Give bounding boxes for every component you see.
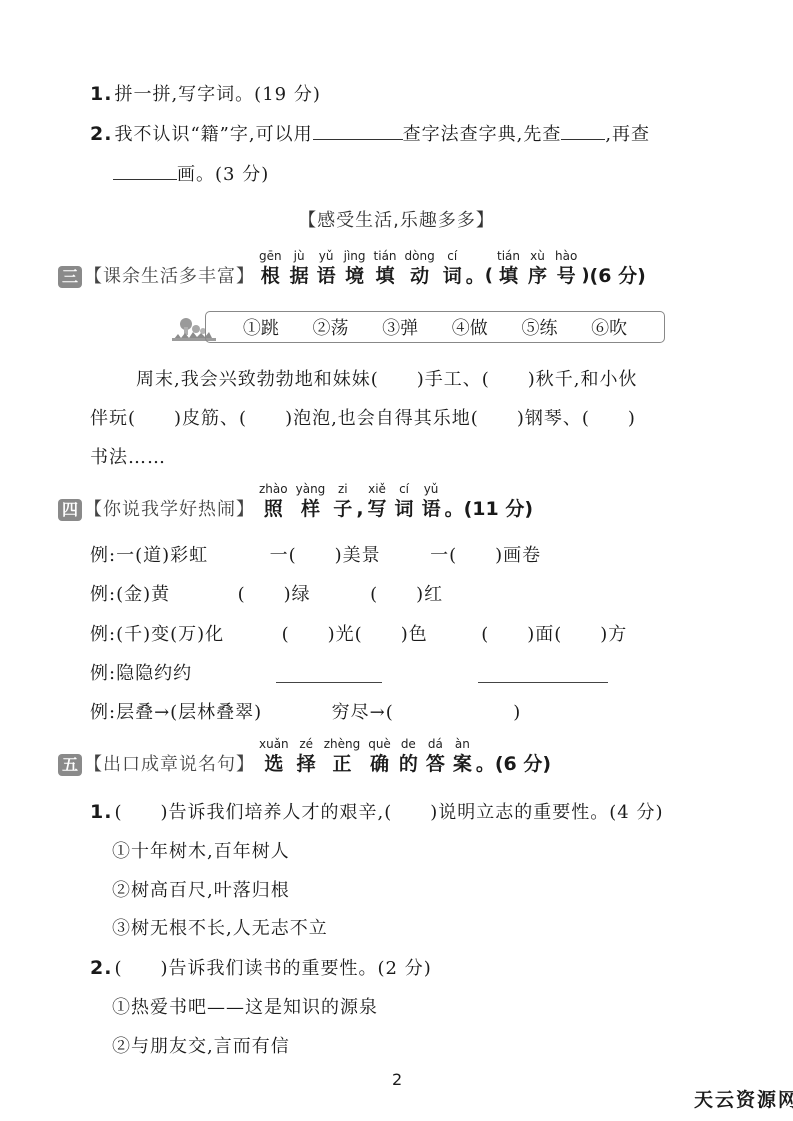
- pinyin-char: àn案: [453, 736, 472, 776]
- question-text: ,再查: [605, 124, 650, 145]
- pinyin-char: dòng动: [405, 248, 435, 288]
- score-label: (11 分): [464, 497, 533, 521]
- question-number: 1.: [90, 801, 112, 823]
- pinyin-char: de的: [399, 736, 418, 776]
- pinyin-char: cí词: [443, 248, 462, 288]
- pinyin-char: yǔ语: [317, 248, 336, 288]
- answer-blank[interactable]: [276, 682, 382, 683]
- answer-option: ②与朋友交,言而有信: [112, 1032, 290, 1058]
- page-number: 2: [392, 1070, 402, 1089]
- fill-item[interactable]: ( )绿: [238, 584, 311, 605]
- answer-option: ①十年树木,百年树人: [112, 837, 290, 863]
- section-badge: 五: [58, 754, 82, 776]
- example-row: 例:一(道)彩虹 一( )美景 一( )画卷: [90, 541, 541, 567]
- fill-item[interactable]: 一( )美景: [270, 545, 381, 566]
- score-label: (6 分): [495, 752, 551, 776]
- answer-option: ③树无根不长,人无志不立: [112, 914, 328, 940]
- question-text: 我不认识“籍”字,可以用: [114, 124, 312, 145]
- question-text: 查字法查字典,先查: [403, 124, 562, 145]
- answer-blank[interactable]: [478, 682, 608, 683]
- answer-blank[interactable]: [113, 165, 177, 180]
- option-item: ②荡: [312, 314, 348, 340]
- pinyin-char: tián填: [374, 248, 397, 288]
- question-number: 2.: [90, 123, 112, 145]
- question-number: 1.: [90, 83, 112, 105]
- task-period: 。: [445, 497, 464, 521]
- fill-item[interactable]: 一( )画卷: [430, 545, 541, 566]
- pinyin-char: tián填: [497, 248, 520, 288]
- paren-open: (: [485, 264, 493, 288]
- question-text: 拼一拼,写字词。(19 分): [114, 84, 320, 105]
- pinyin-char: jù据: [290, 248, 309, 288]
- example-row: 例:(金)黄 ( )绿 ( )红: [90, 580, 443, 606]
- question-text: 画。(3 分): [177, 164, 269, 185]
- section-5-question-2: 2.( )告诉我们读书的重要性。(2 分): [90, 954, 432, 980]
- pinyin-char: dá答: [426, 736, 445, 776]
- question-1: 1.拼一拼,写字词。(19 分): [90, 80, 321, 106]
- question-text: ( )告诉我们读书的重要性。(2 分): [114, 958, 431, 979]
- pinyin-char: hào号: [555, 248, 577, 288]
- section-5-question-1: 1.( )告诉我们培养人才的艰辛,( )说明立志的重要性。(4 分): [90, 798, 663, 824]
- answer-blank[interactable]: [313, 125, 403, 140]
- task-period: 。: [466, 264, 485, 288]
- question-2-continued: 画。(3 分): [113, 160, 269, 186]
- question-number: 2.: [90, 957, 112, 979]
- question-text: ( )告诉我们培养人才的艰辛,( )说明立志的重要性。(4 分): [114, 802, 663, 823]
- unit-heading: 【感受生活,乐趣多多】: [0, 206, 793, 232]
- section-title: 【课余生活多丰富】: [84, 262, 255, 288]
- fill-paragraph-line-1: 周末,我会兴致勃勃地和妹妹( )手工、( )秋千,和小伙: [136, 365, 638, 391]
- pinyin-char: gēn根: [259, 248, 282, 288]
- example-text: 例:层叠→(层林叠翠): [90, 702, 262, 723]
- option-item: ④做: [452, 314, 488, 340]
- fill-item[interactable]: 穷尽→(: [332, 702, 394, 723]
- answer-blank[interactable]: [561, 125, 605, 140]
- option-item: ⑥吹: [591, 314, 627, 340]
- fill-item[interactable]: ( )面( )方: [481, 624, 627, 645]
- pinyin-char: xiě写: [368, 481, 387, 521]
- task-comma: ,: [356, 497, 363, 521]
- answer-option: ②树高百尺,叶落归根: [112, 876, 290, 902]
- score-label: (6 分): [590, 264, 646, 288]
- section-3-header: 三 【课余生活多丰富】 gēn根 jù据 yǔ语 jìng境 tián填 dòn…: [58, 248, 646, 288]
- section-title: 【你说我学好热闹】: [84, 495, 255, 521]
- fill-item-close: ): [513, 702, 521, 723]
- pinyin-char: yàng样: [296, 481, 326, 521]
- answer-option: ①热爱书吧——这是知识的源泉: [112, 993, 378, 1019]
- option-item: ③弹: [382, 314, 418, 340]
- pinyin-char: yǔ语: [422, 481, 441, 521]
- pinyin-char: zhào照: [259, 481, 288, 521]
- pinyin-char: xù序: [528, 248, 547, 288]
- fill-paragraph-line-2: 伴玩( )皮筋、( )泡泡,也会自得其乐地( )钢琴、( ): [90, 404, 636, 430]
- pinyin-char: jìng境: [344, 248, 366, 288]
- example-text: 例:(千)变(万)化: [90, 624, 224, 645]
- pinyin-char: zi子: [333, 481, 352, 521]
- question-2: 2.我不认识“籍”字,可以用查字法查字典,先查,再查: [90, 120, 650, 146]
- example-text: 例:一(道)彩虹: [90, 545, 208, 566]
- pinyin-char: xuǎn选: [259, 736, 289, 776]
- fill-item[interactable]: ( )红: [370, 584, 443, 605]
- example-text: 例:隐隐约约: [90, 663, 192, 684]
- section-badge: 三: [58, 266, 82, 288]
- pinyin-char: zé择: [297, 736, 316, 776]
- example-row: 例:(千)变(万)化 ( )光( )色 ( )面( )方: [90, 620, 627, 646]
- pinyin-char: cí词: [395, 481, 414, 521]
- option-item: ①跳: [243, 314, 279, 340]
- example-row: 例:隐隐约约: [90, 659, 192, 685]
- watermark: 天云资源网: [694, 1085, 793, 1112]
- task-period: 。: [476, 752, 495, 776]
- pinyin-char: zhèng正: [324, 736, 361, 776]
- fill-item[interactable]: ( )光( )色: [282, 624, 428, 645]
- section-4-header: 四 【你说我学好热闹】 zhào照 yàng样 zi子 , xiě写 cí词 y…: [58, 481, 533, 521]
- section-5-header: 五 【出口成章说名句】 xuǎn选 zé择 zhèng正 què确 de的 dá…: [58, 736, 551, 776]
- example-row: 例:层叠→(层林叠翠) 穷尽→( ): [90, 698, 521, 724]
- paren-close: ): [581, 264, 589, 288]
- section-badge: 四: [58, 499, 82, 521]
- pinyin-char: què确: [368, 736, 391, 776]
- example-text: 例:(金)黄: [90, 584, 170, 605]
- word-options-box: ①跳 ②荡 ③弹 ④做 ⑤练 ⑥吹: [205, 311, 665, 343]
- fill-paragraph-line-3: 书法……: [90, 443, 166, 469]
- section-title: 【出口成章说名句】: [84, 750, 255, 776]
- option-item: ⑤练: [521, 314, 557, 340]
